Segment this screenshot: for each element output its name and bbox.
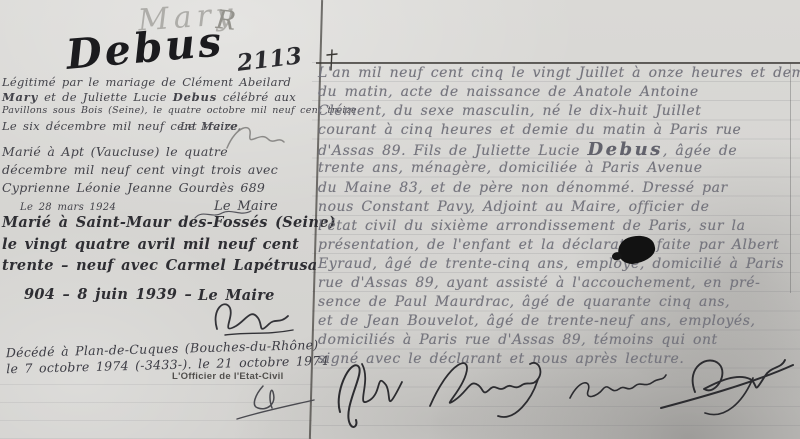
note-marriage-saint-maur: Marié à Saint-Maur des-Fossés (Seine) le… [2,212,336,305]
note-line: Marié à Saint-Maur des-Fossés (Seine) [2,212,336,234]
act-line: rue d'Assas 89, ayant assisté à l'accouc… [318,274,798,293]
mayor-signature [205,293,300,341]
officer-signature [633,350,800,425]
note-name: Mary [2,90,38,104]
note-line: le vingt quatre avril mil neuf cent [2,234,336,256]
act-text: L'an mil neuf cent cinq le vingt Juillet… [318,64,798,370]
act-line: sence de Paul Maurdrac, âgé de quarante … [318,293,798,312]
act-line: l'état civil du sixième arrondissement d… [318,217,798,236]
declarant-signature [330,350,425,435]
note-line: Mary et de Juliette Lucie Debus célébré … [2,90,360,105]
note-line-fragment: et de Juliette Lucie [38,90,173,104]
surname-title: Debus [64,17,226,79]
act-line: et de Jean Bouvelot, âgé de trente-neuf … [318,312,798,331]
act-line: Eyraud, âgé de trente-cinq ans, employé,… [318,255,798,274]
note-line-fragment: célébré aux [217,90,296,104]
note-name: Debus [173,90,217,104]
act-line: du Maine 83, et de père non dénommé. Dre… [318,179,798,198]
act-number: 2113 [236,42,304,77]
note-line: Marié à Apt (Vaucluse) le quatre [2,143,278,161]
act-line-name: d'Assas 89. Fils de Juliette Lucie Debus… [318,140,798,159]
act-line-fragment: d'Assas 89. Fils de Juliette Lucie [318,143,587,159]
note-line: Pavillons sous Bois (Seine), le quatre o… [2,104,360,119]
death-officer-signature [233,379,318,424]
note-line: Le six décembre mil neuf cent treize.Le … [2,119,360,134]
register-page: Mary R Debus 2113 Légitimé par le mariag… [0,0,800,439]
act-line-fragment: , âgée de [663,143,737,159]
act-line: nous Constant Pavy, Adjoint au Maire, of… [318,198,798,217]
act-line: trente ans, ménagère, domiciliée à Paris… [318,159,798,178]
note-line: Cyprienne Léonie Jeanne Gourdès 689 [2,179,278,197]
note-line: trente – neuf avec Carmel Lapétrusa [2,255,336,277]
note-line: Légitimé par le mariage de Clément Abeil… [2,75,360,90]
act-line: courant à cinq heures et demie du matin … [318,121,798,140]
act-line: Clément, du sexe masculin, né le dix-hui… [318,102,798,121]
note-line: décembre mil neuf cent vingt trois avec [2,161,278,179]
act-line: présentation, de l'enfant et la déclarat… [318,236,798,255]
witness-signature [418,348,570,423]
act-line: L'an mil neuf cent cinq le vingt Juillet… [318,64,798,83]
child-mother-surname: Debus [587,139,662,160]
act-line: du matin, acte de naissance de Anatole A… [318,83,798,102]
note-legitimation: Légitimé par le mariage de Clément Abeil… [2,75,360,133]
